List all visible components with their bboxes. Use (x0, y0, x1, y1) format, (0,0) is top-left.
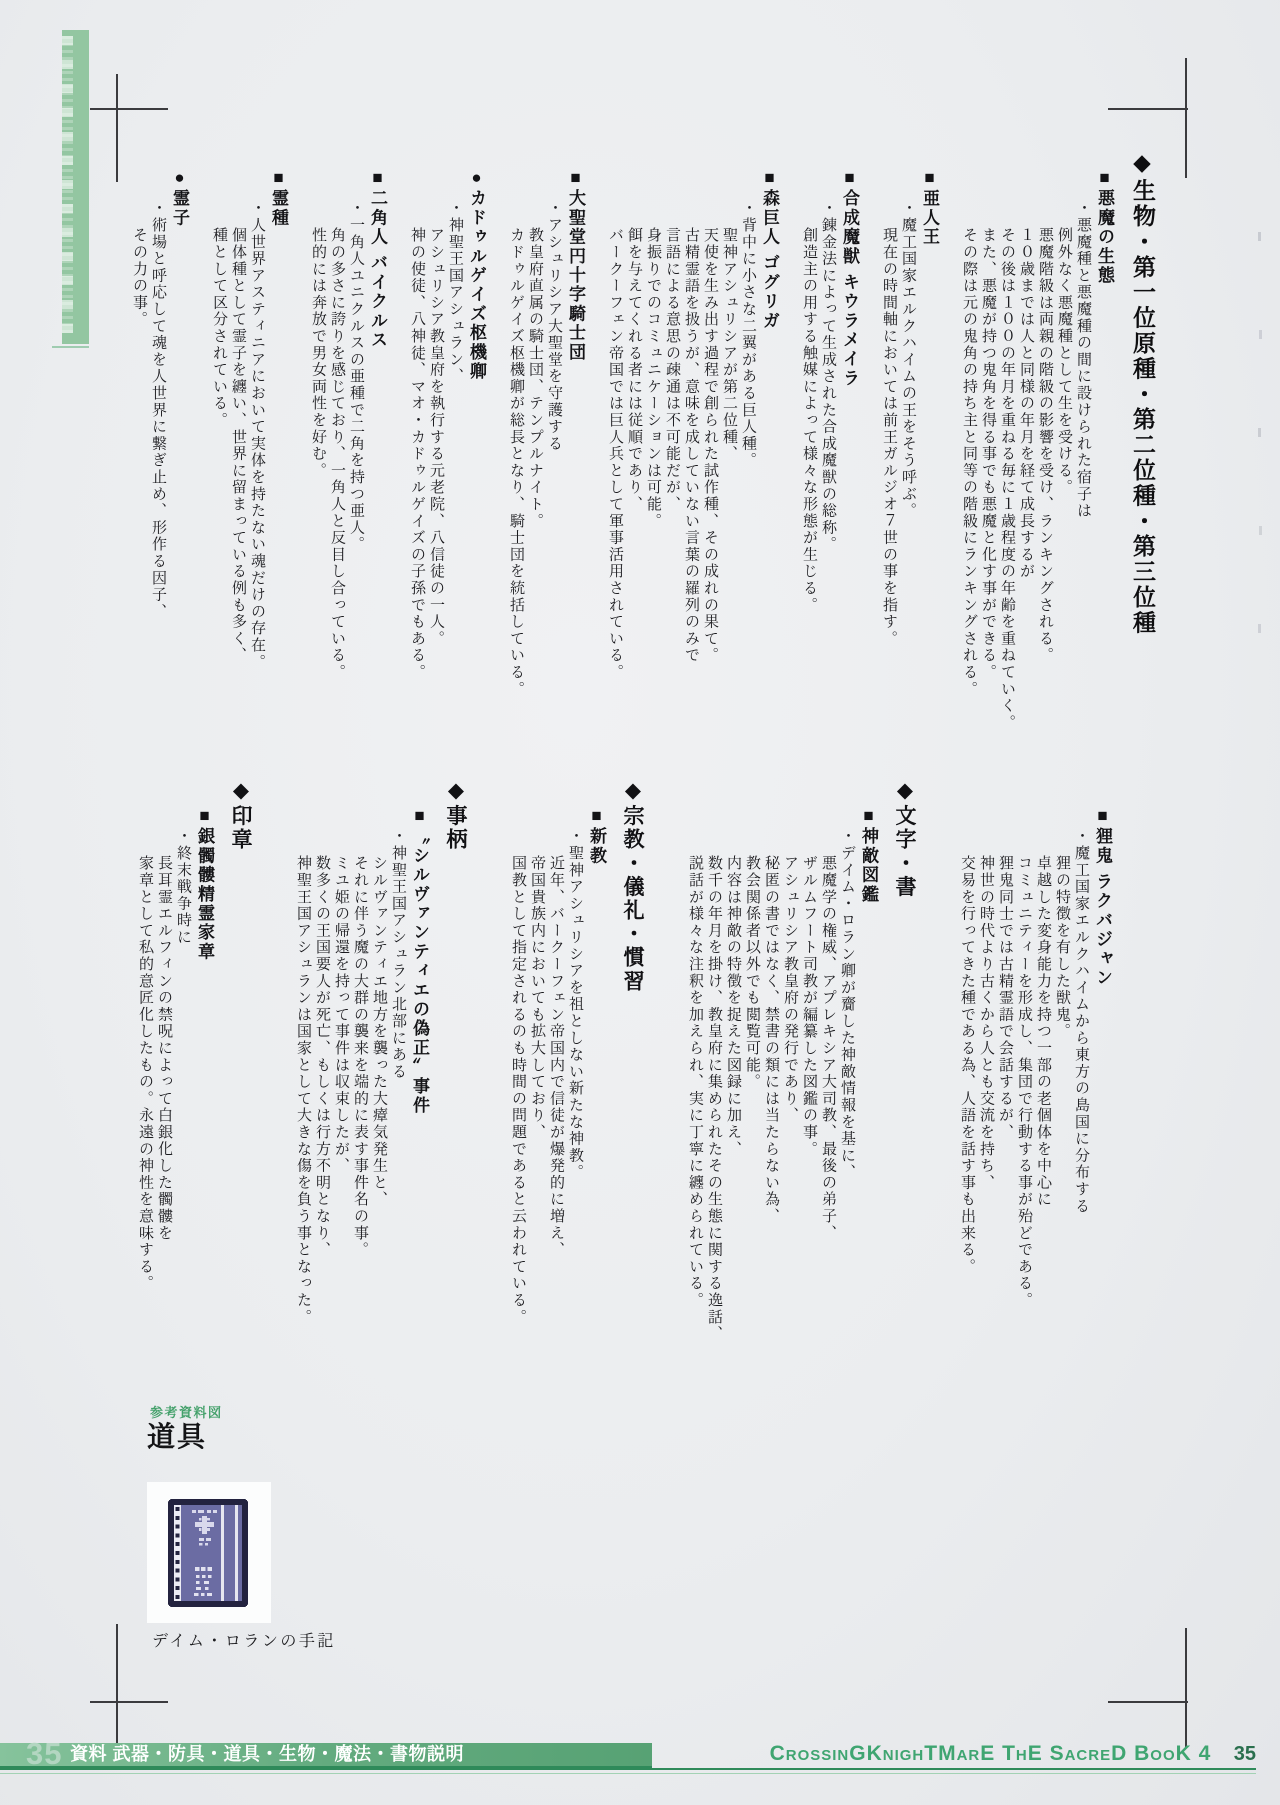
entry-text-column: 古精霊語を扱うが、意味を成していない言葉の羅列のみで (682, 150, 701, 798)
entry-text-column: ミユ姫の帰還を持って事件は収束したが、 (332, 778, 351, 1350)
entry-text-column: ・聖神アシュリシアを祖としない新たな神教。 (566, 778, 585, 1350)
square-marker-icon: ■ (368, 168, 387, 189)
entry-text-column: ・デイム・ロラン卿が齎した神敵情報を基に、 (838, 778, 857, 1350)
entry-text-column: 例外なく悪魔種として生を受ける。 (1055, 150, 1074, 798)
entry-text-column: 教皇府直属の騎士団、テンプルナイト。 (526, 150, 545, 798)
circle-marker-icon: ● (467, 168, 486, 189)
footer-green-bar: 資料 武器・防具・道具・生物・魔法・書物説明 (0, 1743, 652, 1768)
section-title: ◆宗教・儀礼・慣習 (619, 778, 646, 1350)
square-marker-icon: ■ (410, 806, 429, 827)
entry-text-column: コミュニティーを形成し、集団で行動する事が殆どである。 (1015, 778, 1034, 1350)
entry-text-column: その力の事。 (130, 150, 149, 798)
entry-title: ■亜人王 (918, 150, 940, 798)
entry: ◆文字・書■神敵図鑑・デイム・ロラン卿が齎した神敵情報を基に、悪魔学の権威、アプ… (686, 778, 918, 1350)
entry-title-text: 森巨人 ゴグリガ (760, 189, 779, 330)
entry-text-column: ・終末戦争時に (174, 778, 193, 1350)
entry-title: ■狸鬼 ラクバジャン (1091, 778, 1113, 1350)
entry-text-column: 角の多さに誇りを感じており、一角人と反目し合っている。 (328, 150, 347, 798)
crop-mark-top-right-vertical (1185, 58, 1187, 178)
entry-text-column: 狸の特徴を有した獣鬼。 (1053, 778, 1072, 1350)
entry-text-column: ・背中に小さな二翼がある巨人種。 (739, 150, 758, 798)
scan-bleed-specks (1258, 232, 1261, 241)
entry-title: ■霊種 (267, 150, 289, 798)
section-title: ◆文字・書 (891, 778, 918, 1350)
entry-title: ■銀髑髏精霊家章 (193, 778, 215, 1350)
entry-text-column: 教会関係者以外でも閲覧可能。 (743, 778, 762, 1350)
entry-title: ■神敵図鑑 (857, 778, 879, 1350)
entry-text-column: 悪魔階級は両親の階級の影響を受け、ランキングされる。 (1036, 150, 1055, 798)
entry-text-column: 種として区分されている。 (210, 150, 229, 798)
entry-title-text: 合成魔獣 キウラメイラ (840, 189, 859, 388)
entry-text-column: その際は元の鬼角の持ち主と同等の階級にランキングされる。 (960, 150, 979, 798)
square-marker-icon: ■ (1093, 806, 1112, 827)
entry-text-column: ・人世界アスティニアにおいて実体を持たない魂だけの存在。 (248, 150, 267, 798)
entry-text-column: 長耳霊エルフィンの禁呪によって白銀化した髑髏を (155, 778, 174, 1350)
entry-text-column: ・魔工国家エルクハイムから東方の島国に分布する (1072, 778, 1091, 1350)
entry-text-column: それに伴う魔の大群の襲来を端的に表す事件名の事。 (351, 778, 370, 1350)
square-marker-icon: ■ (840, 168, 859, 189)
entry: ◆事柄■〝シルヴァンティエの偽正〟事件・神聖王国アシュラン北部にあるシルヴァンテ… (294, 778, 469, 1350)
entry-text-column: 内容は神敵の特徴を捉えた図録に加え、 (724, 778, 743, 1350)
entry-text-column: ・錬金法によって生成された合成魔獣の総称。 (819, 150, 838, 798)
entry-text-column: 神の使徒、八神徒、マオ・カドゥルゲイズの子孫でもある。 (408, 150, 427, 798)
entry-text-column: ・アシュリシア大聖堂を守護する (545, 150, 564, 798)
entry-text-column: シルヴァンティエ地方を襲った大瘴気発生と、 (370, 778, 389, 1350)
entry-title: ■合成魔獣 キウラメイラ (838, 150, 860, 798)
entry-text-column: ・一角人ユニクルスの亜種で二角を持つ亜人。 (347, 150, 366, 798)
entry-text-column: 神聖王国アシュランは国家として大きな傷を負う事となった。 (294, 778, 313, 1350)
footer-section-label: 資料 武器・防具・道具・生物・魔法・書物説明 (70, 1743, 464, 1766)
item-illustration-card (147, 1482, 271, 1623)
entry-title-text: 銀髑髏精霊家章 (195, 827, 214, 961)
crop-mark-bottom-right-vertical (1185, 1628, 1187, 1748)
entry-text-column: アシュリシア教皇府の発行であり、 (781, 778, 800, 1350)
entry-text-column: 聖神アシュリシアが第二位種、 (720, 150, 739, 798)
entry-text-column: ・術場と呼応して魂を人世界に繋ぎ止め、形作る因子、 (149, 150, 168, 798)
entry-text-column: 天使を生み出す過程で創られた試作種、その成れの果て。 (701, 150, 720, 798)
entry: ■霊種・人世界アスティニアにおいて実体を持たない魂だけの存在。個体種として霊子を… (210, 150, 289, 798)
entry-text-column: 卓越した変身能力を持つ一部の老個体を中心に (1034, 778, 1053, 1350)
entry-text-column: 近年、バークーフェン帝国内で信徒が爆発的に増え、 (547, 778, 566, 1350)
entry-text-column: ・神聖王国アシュラン、 (446, 150, 465, 798)
entry-title: ■新教 (585, 778, 607, 1350)
square-marker-icon: ■ (195, 806, 214, 827)
section-title: ◆事柄 (442, 778, 469, 1350)
entry-text-column: ザルムフート司教が編纂した図鑑の事。 (800, 778, 819, 1350)
page-edge-number: 35 (26, 1736, 62, 1772)
entry-title-text: カドゥルゲイズ枢機卿 (467, 189, 486, 381)
entry-text-column: １０歳までは人と同様の年月を経て成長するが (1017, 150, 1036, 798)
entry: ■狸鬼 ラクバジャン・魔工国家エルクハイムから東方の島国に分布する狸の特徴を有し… (958, 778, 1113, 1350)
entry-title-text: 新教 (587, 827, 606, 865)
scanned-book-page: ◆生物・第一位原種・第二位種・第三位種 ■悪魔の生態・悪魔種と悪魔種の間に設けら… (0, 0, 1280, 1805)
entry-title: ■悪魔の生態 (1093, 150, 1115, 798)
entry-text-column: 交易を行ってきた種である為、人語を話す事も出来る。 (958, 778, 977, 1350)
creatures-entry-band: ■悪魔の生態・悪魔種と悪魔種の間に設けられた宿子は例外なく悪魔種として生を受ける… (110, 150, 1115, 798)
crop-mark-bottom-left-vertical (116, 1624, 118, 1746)
crop-mark-top-left-horizontal (90, 108, 168, 110)
entry-text-column: 創造主の用する触媒によって様々な形態が生じる。 (800, 150, 819, 798)
square-marker-icon: ■ (269, 168, 288, 189)
entry-text-column: ・魔工国家エルクハイムの王をそう呼ぶ。 (899, 150, 918, 798)
entry-text-column: 身振りでのコミュニケーションは可能。 (644, 150, 663, 798)
entry-text-column: 説話が様々な注釈を加えられ、実に丁寧に纏められている。 (686, 778, 705, 1350)
entry-text-column: 家章として私的意匠化したもの。永遠の神性を意味する。 (136, 778, 155, 1350)
entry-text-column: 狸鬼同士では古精霊語で会話するが、 (996, 778, 1015, 1350)
entry-text-column: 数多くの王国要人が死亡、もしくは行方不明となり、 (313, 778, 332, 1350)
entry-text-column: また、悪魔が持つ鬼角を得る事でも悪魔と化す事ができる。 (979, 150, 998, 798)
square-marker-icon: ■ (587, 806, 606, 827)
square-marker-icon: ■ (920, 168, 939, 189)
entry-text-column: ・悪魔種と悪魔種の間に設けられた宿子は (1074, 150, 1093, 798)
entry: ◆宗教・儀礼・慣習■新教・聖神アシュリシアを祖としない新たな神教。近年、バークー… (509, 778, 646, 1350)
crop-mark-bottom-right-horizontal (1108, 1701, 1188, 1703)
page-title: ◆生物・第一位原種・第二位種・第三位種 (1126, 150, 1160, 710)
square-marker-icon: ■ (1095, 168, 1114, 189)
reference-figure-title: 道具 (147, 1415, 207, 1455)
item-caption: デイム・ロランの手記 (152, 1628, 336, 1651)
entry-title: ■〝シルヴァンティエの偽正〟事件 (408, 778, 430, 1350)
entry-title-text: 霊種 (269, 189, 288, 227)
entry: ●カドゥルゲイズ枢機卿・神聖王国アシュラン、アシュリシア教皇府を執行する元老院、… (408, 150, 487, 798)
entry-title: ■森巨人 ゴグリガ (758, 150, 780, 798)
square-marker-icon: ■ (760, 168, 779, 189)
entry-text-column: 現在の時間軸においては前王ガルジオ７世の事を指す。 (880, 150, 899, 798)
entry-title-text: 霊子 (170, 189, 189, 227)
footer-underline (0, 1768, 1256, 1774)
entry-title-text: 狸鬼 ラクバジャン (1093, 827, 1112, 988)
entry-text-column: 秘匿の書ではなく、禁書の類には当たらない為、 (762, 778, 781, 1350)
entry-text-column: 悪魔学の権威、アプレキシア大司教、最後の弟子、 (819, 778, 838, 1350)
entry: ■合成魔獣 キウラメイラ・錬金法によって生成された合成魔獣の総称。創造主の用する… (800, 150, 860, 798)
entry-text-column: カドゥルゲイズ枢機卿が総長となり、騎士団を統括している。 (507, 150, 526, 798)
footer-book-title-block: CrossinGKnighTMarE ThE SacreD BooK 4 35 (770, 1742, 1256, 1766)
entry-text-column: ・神聖王国アシュラン北部にある (389, 778, 408, 1350)
entry-title-text: 亜人王 (920, 189, 939, 247)
entry-text-column: 性的には奔放で男女両性を好む。 (309, 150, 328, 798)
crop-mark-top-right-horizontal (1108, 108, 1188, 110)
entry-text-column: 神世の時代より古くから人とも交流を持ち、 (977, 778, 996, 1350)
entry-title: ●霊子 (168, 150, 190, 798)
entry-text-column: 餌を与えてくれる者には従順であり、 (625, 150, 644, 798)
entry-title-text: 悪魔の生態 (1095, 189, 1114, 285)
page-edge-green-bar (62, 30, 89, 344)
entry: ■森巨人 ゴグリガ・背中に小さな二翼がある巨人種。聖神アシュリシアが第二位種、天… (606, 150, 780, 798)
entry-text-column: 数千の年月を掛け、教皇府に集められたその生態に関する逸話、 (705, 778, 724, 1350)
entry: ◆印章■銀髑髏精霊家章・終末戦争時に長耳霊エルフィンの禁呪によって白銀化した髑髏… (136, 778, 254, 1350)
square-marker-icon: ■ (859, 806, 878, 827)
entry-text-column: 帝国貴族内においても拡大しており、 (528, 778, 547, 1350)
entry-title-text: 〝シルヴァンティエの偽正〟事件 (410, 827, 429, 1115)
entry: ■悪魔の生態・悪魔種と悪魔種の間に設けられた宿子は例外なく悪魔種として生を受ける… (960, 150, 1115, 798)
entry: ■二角人 バイクルス・一角人ユニクルスの亜種で二角を持つ亜人。角の多さに誇りを感… (309, 150, 388, 798)
entry-text-column: アシュリシア教皇府を執行する元老院、八信徒の一人。 (427, 150, 446, 798)
entry-text-column: 言語による意思の疎通は不可能だが、 (663, 150, 682, 798)
entry-text-column: 個体種として霊子を纏い、世界に留まっている例も多く、 (229, 150, 248, 798)
section-title: ◆印章 (227, 778, 254, 1350)
entry-title-text: 二角人 バイクルス (368, 189, 387, 350)
footer-series-title: CrossinGKnighTMarE ThE SacreD BooK 4 (770, 1742, 1212, 1765)
entry-title: ■二角人 バイクルス (366, 150, 388, 798)
footer-page-number: 35 (1234, 1743, 1256, 1765)
square-marker-icon: ■ (566, 168, 585, 189)
entry-title: ■大聖堂円十字騎士団 (564, 150, 586, 798)
circle-marker-icon: ● (170, 168, 189, 189)
entry-text-column: バークーフェン帝国では巨人兵として軍事活用されている。 (606, 150, 625, 798)
entry: ●霊子・術場と呼応して魂を人世界に繋ぎ止め、形作る因子、その力の事。 (130, 150, 190, 798)
lower-entry-band: ■狸鬼 ラクバジャン・魔工国家エルクハイムから東方の島国に分布する狸の特徴を有し… (96, 778, 1113, 1350)
entry-title: ●カドゥルゲイズ枢機卿 (465, 150, 487, 798)
entry-title-text: 神敵図鑑 (859, 827, 878, 904)
entry: ■亜人王・魔工国家エルクハイムの王をそう呼ぶ。現在の時間軸においては前王ガルジオ… (880, 150, 940, 798)
entry-text-column: 国教として指定されるのも時間の問題であると云われている。 (509, 778, 528, 1350)
book-item-sprite (164, 1497, 254, 1609)
crop-mark-bottom-left-horizontal (90, 1701, 168, 1703)
entry-title-text: 大聖堂円十字騎士団 (566, 189, 585, 362)
entry: ■大聖堂円十字騎士団・アシュリシア大聖堂を守護する教皇府直属の騎士団、テンプルナ… (507, 150, 586, 798)
entry-text-column: その後は１００の年月を重ねる毎に１歳程度の年齢を重ねていく。 (998, 150, 1017, 798)
